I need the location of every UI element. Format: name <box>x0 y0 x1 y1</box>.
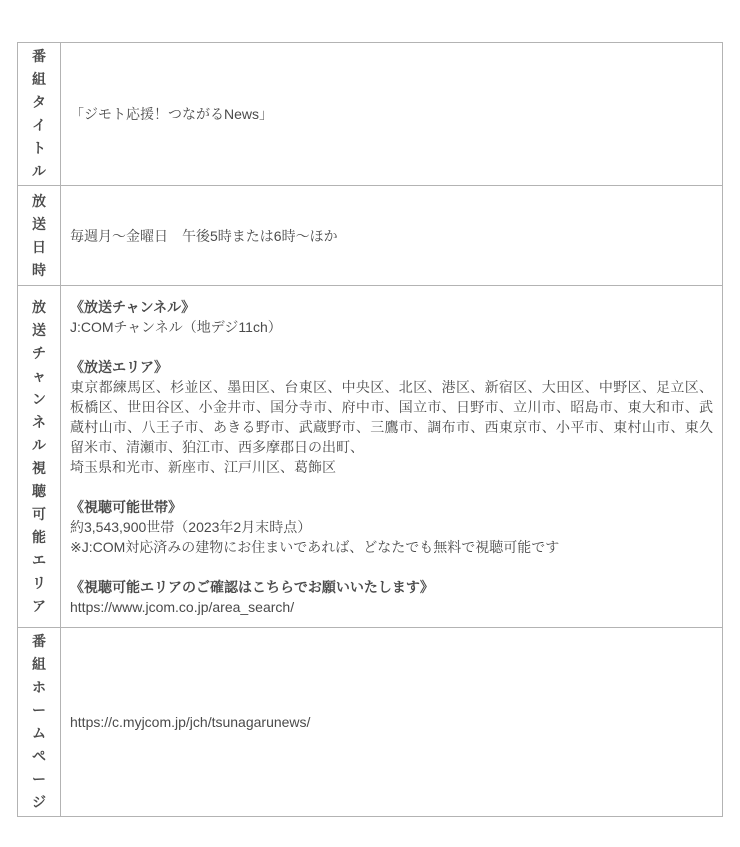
row-header-label: 番組タイトル <box>32 45 46 183</box>
row-header-homepage: 番組ホームページ <box>18 628 61 817</box>
area-check-url: https://www.jcom.co.jp/area_search/ <box>70 597 713 617</box>
program-title-text: 「ジモト応援！つながるNews」 <box>70 104 713 124</box>
broadcast-schedule-text: 毎週月～金曜日 午後5時または6時～ほか <box>70 226 713 246</box>
row-content-homepage: https://c.myjcom.jp/jch/tsunagarunews/ <box>61 628 723 817</box>
broadcast-channel-heading: 《放送チャンネル》 <box>70 297 713 317</box>
area-check-section: 《視聴可能エリアのご確認はこちらでお願いいたします》 https://www.j… <box>70 577 713 617</box>
row-header-program-title: 番組タイトル <box>18 43 61 186</box>
row-header-label: 番組ホームページ <box>32 630 46 814</box>
table-row-program-title: 番組タイトル 「ジモト応援！つながるNews」 <box>18 43 723 186</box>
row-header-label: 放送チャンネル視聴可能エリア <box>32 296 46 618</box>
row-content-channel-area: 《放送チャンネル》 J:COMチャンネル（地デジ11ch） 《放送エリア》 東京… <box>61 286 723 628</box>
broadcast-channel-section: 《放送チャンネル》 J:COMチャンネル（地デジ11ch） <box>70 297 713 337</box>
table-row-channel-area: 放送チャンネル視聴可能エリア 《放送チャンネル》 J:COMチャンネル（地デジ1… <box>18 286 723 628</box>
viewable-households-note: ※J:COM対応済みの建物にお住まいであれば、どなたでも無料で視聴可能です <box>70 537 713 557</box>
row-content-broadcast-schedule: 毎週月～金曜日 午後5時または6時～ほか <box>61 186 723 286</box>
broadcast-channel-value: J:COMチャンネル（地デジ11ch） <box>70 317 713 337</box>
table-row-homepage: 番組ホームページ https://c.myjcom.jp/jch/tsunaga… <box>18 628 723 817</box>
viewable-households-value: 約3,543,900世帯（2023年2月末時点） <box>70 517 713 537</box>
row-content-program-title: 「ジモト応援！つながるNews」 <box>61 43 723 186</box>
row-header-channel-area: 放送チャンネル視聴可能エリア <box>18 286 61 628</box>
broadcast-area-section: 《放送エリア》 東京都練馬区、杉並区、墨田区、台東区、中央区、北区、港区、新宿区… <box>70 357 713 477</box>
program-info-table: 番組タイトル 「ジモト応援！つながるNews」 放送日時 毎週月～金曜日 午後5… <box>17 42 723 817</box>
broadcast-area-saitama-list: 埼玉県和光市、新座市、江戸川区、葛飾区 <box>70 457 713 477</box>
broadcast-area-tokyo-list: 東京都練馬区、杉並区、墨田区、台東区、中央区、北区、港区、新宿区、大田区、中野区… <box>70 377 713 457</box>
viewable-households-section: 《視聴可能世帯》 約3,543,900世帯（2023年2月末時点） ※J:COM… <box>70 497 713 557</box>
viewable-households-heading: 《視聴可能世帯》 <box>70 497 713 517</box>
broadcast-area-heading: 《放送エリア》 <box>70 357 713 377</box>
area-check-heading: 《視聴可能エリアのご確認はこちらでお願いいたします》 <box>70 577 713 597</box>
homepage-url: https://c.myjcom.jp/jch/tsunagarunews/ <box>70 712 713 732</box>
row-header-label: 放送日時 <box>32 190 46 282</box>
row-header-broadcast-schedule: 放送日時 <box>18 186 61 286</box>
table-row-broadcast-schedule: 放送日時 毎週月～金曜日 午後5時または6時～ほか <box>18 186 723 286</box>
